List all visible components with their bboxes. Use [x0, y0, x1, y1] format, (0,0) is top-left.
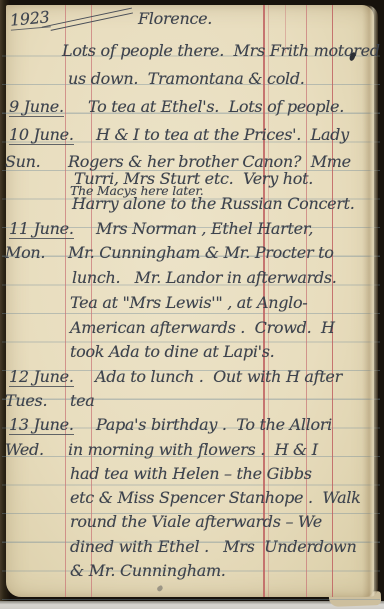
handwriting-layer: 1923 Florence. Lots of people there. Mrs… — [0, 0, 384, 609]
handwritten-line-segment: Mon. — [5, 243, 45, 262]
handwritten-line-segment: Harry alone to the Russian Concert. — [72, 194, 355, 213]
page-title: Florence. — [138, 9, 212, 28]
handwritten-line-segment: Mrs Norman , Ethel Harter, — [96, 219, 313, 238]
handwritten-line-segment: American afterwards . Crowd. H — [70, 318, 335, 337]
handwritten-line-segment: 9 June. — [9, 97, 64, 117]
handwritten-line-segment: & Mr. Cunningham. — [70, 561, 226, 580]
handwritten-line-segment: Papa's birthday . To the Allori — [96, 415, 332, 434]
handwritten-line-segment: Wed. — [5, 440, 44, 459]
handwritten-line-segment: took Ada to dine at Lapi's. — [70, 342, 274, 361]
handwritten-line-segment: etc & Miss Spencer Stanhope . Walk — [70, 488, 361, 507]
handwritten-line-segment: tea — [70, 391, 95, 410]
handwritten-line-segment: Lots of people there. Mrs Frith motored — [62, 41, 380, 60]
handwritten-line-segment: Tea at "Mrs Lewis'" , at Anglo- — [70, 293, 307, 312]
handwritten-line-segment: dined with Ethel . Mrs Underdown — [70, 537, 356, 556]
handwritten-line-segment: 13 June. — [9, 415, 74, 435]
handwritten-line-segment: Mr. Cunningham & Mr. Procter to — [68, 243, 334, 262]
handwritten-line-segment: 11 June. — [9, 219, 74, 239]
handwritten-line-segment: Sun. — [5, 152, 40, 171]
handwritten-line-segment: To tea at Ethel's. Lots of people. — [88, 97, 344, 116]
handwritten-line-segment: us down. Tramontana & cold. — [68, 69, 305, 88]
handwritten-line-segment: 12 June. — [9, 367, 74, 387]
handwritten-line-segment: H & I to tea at the Prices'. Lady — [96, 125, 349, 144]
handwritten-line-segment: round the Viale afterwards – We — [70, 512, 322, 531]
handwritten-line-segment: Tues. — [5, 391, 47, 410]
year-strikethrough-mark — [42, 8, 134, 39]
handwritten-line-segment: lunch. Mr. Landor in afterwards. — [72, 268, 337, 287]
handwritten-line-segment: Ada to lunch . Out with H after — [95, 367, 342, 386]
handwritten-line-segment: had tea with Helen – the Gibbs — [70, 464, 312, 483]
handwritten-line-segment: in morning with flowers . H & I — [68, 440, 318, 459]
handwritten-line-segment: 10 June. — [9, 125, 74, 145]
diary-photo: 1923 Florence. Lots of people there. Mrs… — [0, 0, 384, 609]
